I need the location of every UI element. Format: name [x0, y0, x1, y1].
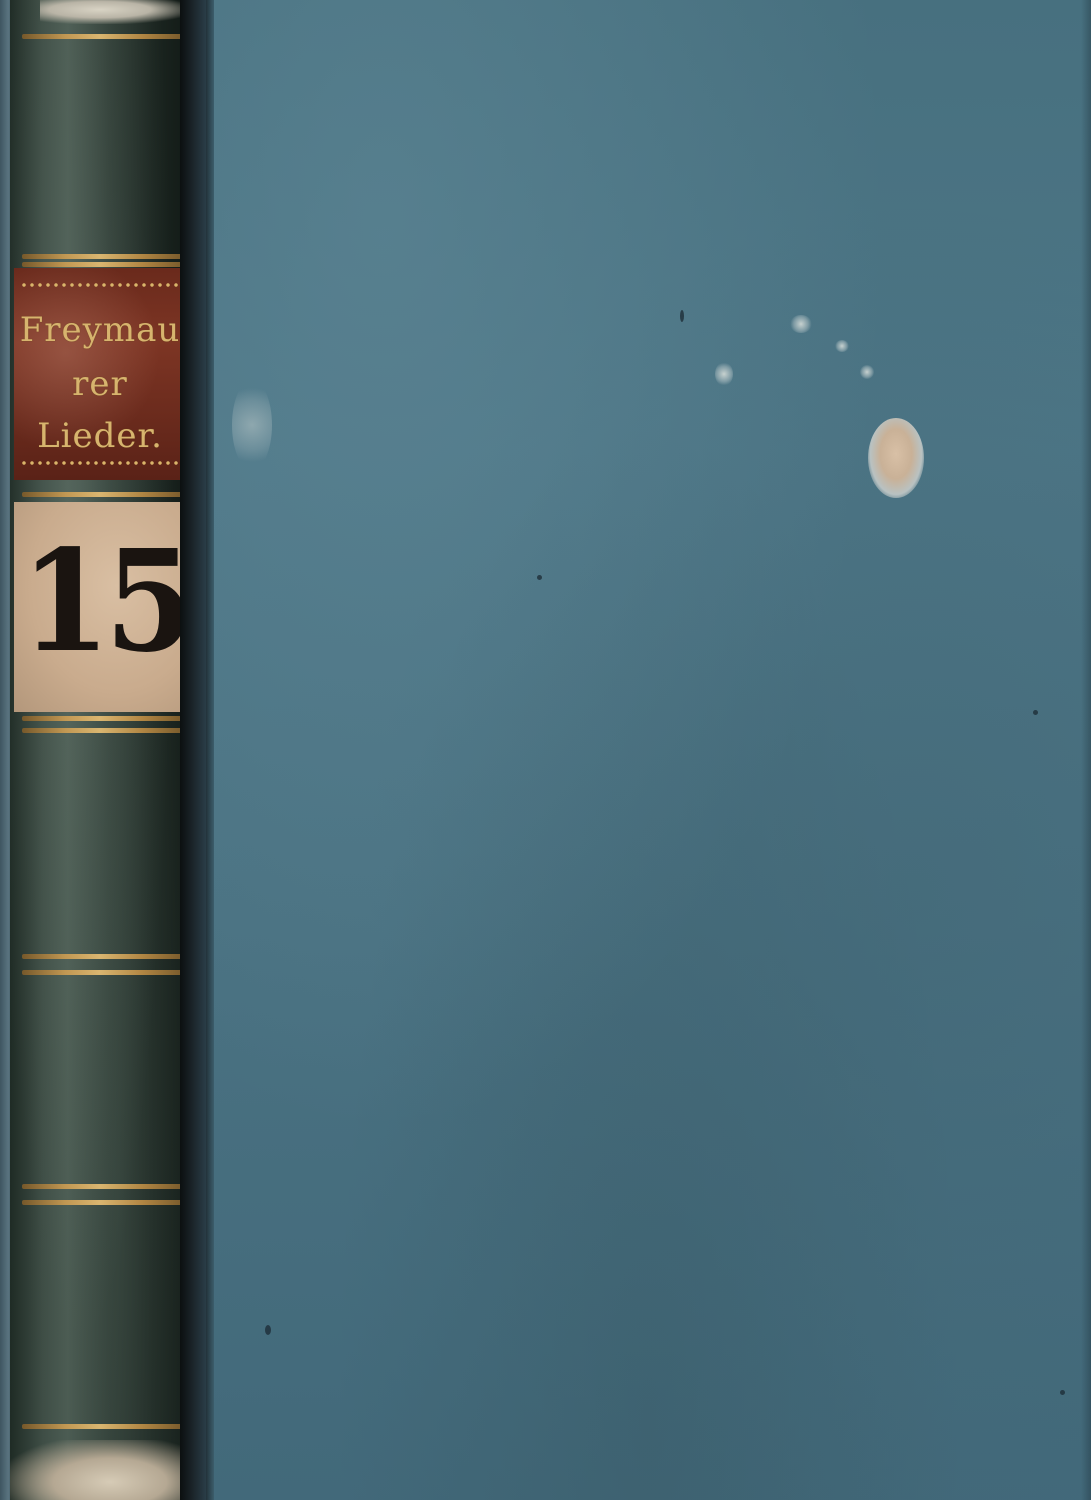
cover-spot [1060, 1390, 1065, 1395]
gilt-band [22, 492, 194, 497]
gilt-band [22, 262, 194, 267]
title-line-1: Freymau [14, 310, 186, 350]
cover-spot [537, 575, 542, 580]
title-line-2: rer [14, 364, 186, 404]
gilt-band [22, 716, 194, 721]
spine-title-label: Freymau rer Lieder. [14, 268, 186, 480]
dotted-border [20, 282, 180, 288]
title-line-3: Lieder. [14, 416, 186, 456]
cover-spot [680, 310, 684, 322]
cover-spot [1033, 710, 1038, 715]
book-photo: Freymau rer Lieder. 15 [0, 0, 1091, 1500]
gilt-band [22, 1424, 194, 1429]
cover-scuff [790, 315, 812, 333]
gilt-band [22, 970, 194, 975]
cover-scuff [715, 362, 733, 386]
cover-tear [868, 418, 924, 498]
spine-head-wear [40, 0, 190, 24]
shelf-number: 15 [21, 522, 177, 682]
gilt-band [22, 34, 194, 39]
cover-fore-edge [1081, 0, 1091, 1500]
cover-scuff [860, 365, 874, 379]
gilt-band [22, 728, 194, 733]
cover-spot [265, 1325, 271, 1335]
gilt-band [22, 954, 194, 959]
cover-scuff [835, 340, 849, 352]
front-cover [206, 0, 1091, 1500]
cover-scuff [232, 380, 272, 470]
gilt-band [22, 1184, 194, 1189]
gilt-band [22, 1200, 194, 1205]
gilt-band [22, 254, 194, 259]
dotted-border [20, 460, 180, 466]
book-spine [10, 0, 190, 1500]
cover-hinge-edge [206, 0, 214, 1500]
